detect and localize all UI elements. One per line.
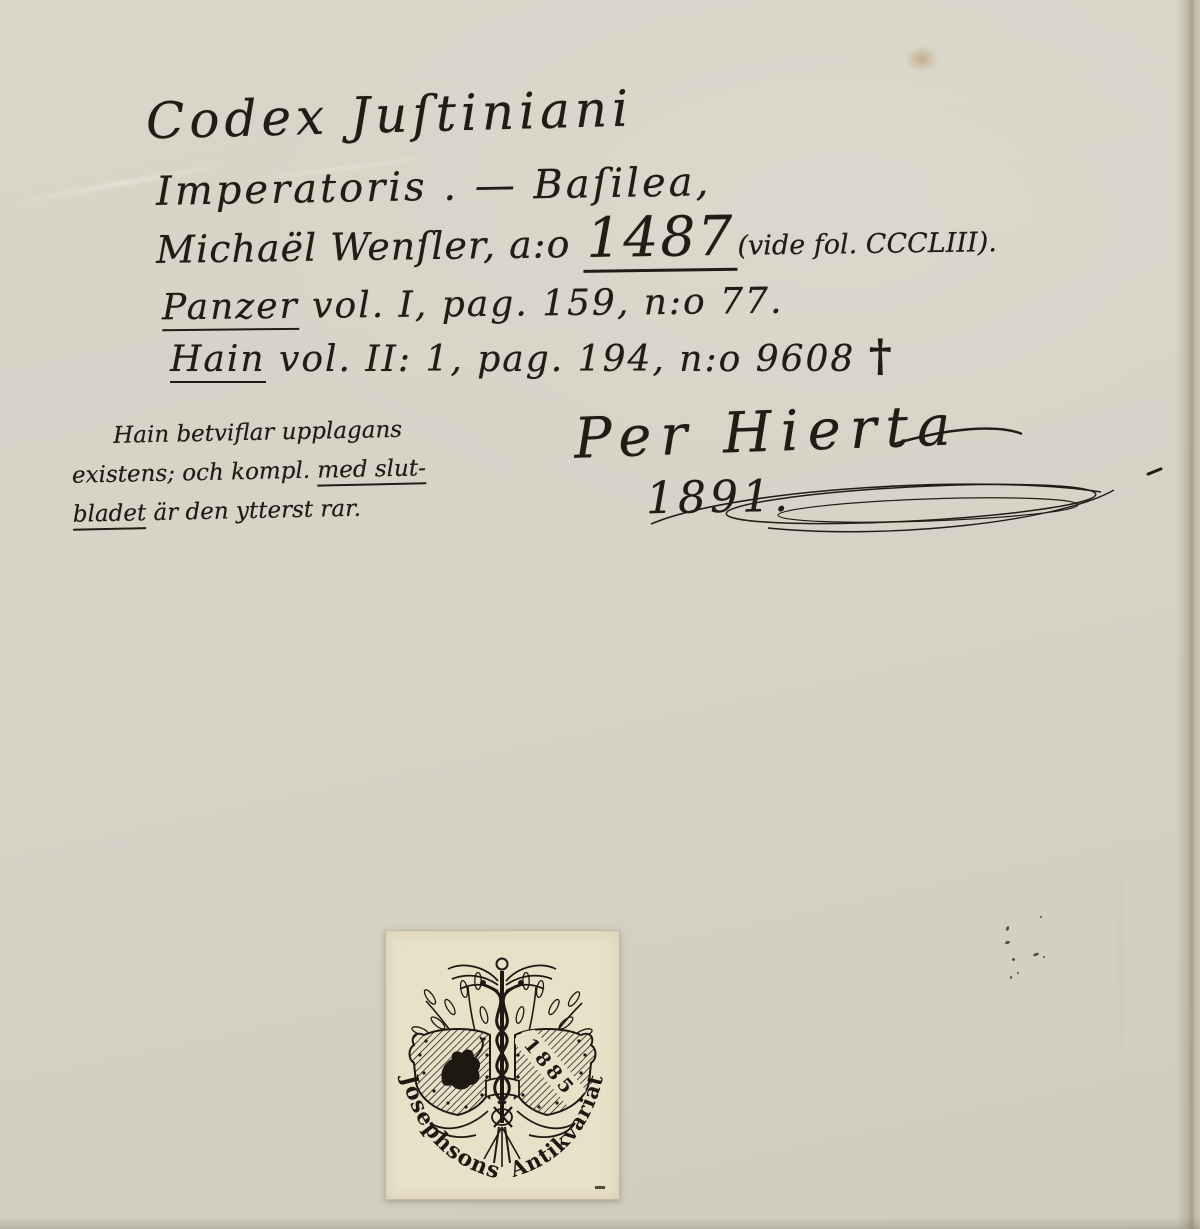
foxing-stain [906, 46, 938, 72]
dagger-mark: † [869, 331, 894, 382]
folio-reference: (vide fol. CCCLIII). [737, 227, 997, 262]
ink-speck [1033, 952, 1040, 957]
panzer-citation: vol. I, pag. 159, n:o 77. [299, 281, 784, 327]
hain-citation: vol. II: 1, pag. 194, n:o 9608 [266, 339, 869, 380]
ink-speck [1017, 972, 1019, 974]
ink-speck [1012, 958, 1015, 961]
printer-name: Michaël Wenſler, a:o [156, 222, 584, 272]
panzer-name: Panzer [162, 286, 299, 331]
manuscript-page: Codex Juſtiniani Imperatoris . — Baſilea… [0, 0, 1200, 1229]
printer-mark [595, 1186, 605, 1189]
page-deckle-edge [1176, 0, 1200, 1229]
hain-name: Hain [170, 339, 266, 383]
panzer-reference-line: Panzer vol. I, pag. 159, n:o 77. [162, 281, 784, 329]
ink-speck [1043, 956, 1045, 958]
hain-reference-line: Hain vol. II: 1, pag. 194, n:o 9608 † [170, 331, 894, 382]
bookplate-label: 1885 [385, 930, 620, 1200]
ink-speck [1010, 976, 1012, 979]
ink-speck [1005, 940, 1011, 944]
note-line-1: Hain betviflar upplagans [113, 410, 426, 456]
print-year: 1487 [583, 204, 738, 273]
bookplate-emblem: 1885 [386, 931, 619, 1199]
signature-flourish [556, 392, 1166, 548]
ink-speck [1005, 926, 1010, 932]
note-line-3: bladet är den ytterst rar. [72, 488, 427, 534]
ink-speck [1040, 916, 1042, 918]
marginal-note: Hain betviflar upplagans existens; och k… [71, 410, 427, 534]
paper-crease [1120, 830, 1122, 1090]
page-bottom-shadow [0, 1217, 1200, 1229]
note-line-2: existens; och kompl. med slut- [72, 449, 427, 495]
inscription-title: Codex Juſtiniani [145, 80, 633, 151]
inscription-printer-line: Michaël Wenſler, a:o 1487(vide fol. CCCL… [156, 200, 998, 276]
